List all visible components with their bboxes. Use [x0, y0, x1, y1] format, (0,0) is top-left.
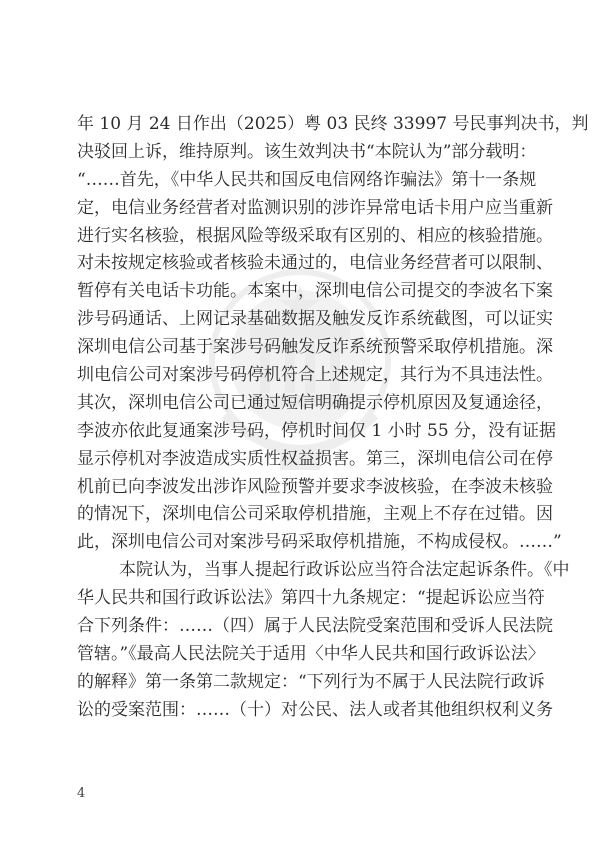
text-line: 的解释》第一条第二款规定：“下列行为不属于人民法院行政诉 [77, 669, 521, 697]
document-page: 年 10 月 24 日作出（2025）粤 03 民终 33997 号民事判决书，… [0, 0, 599, 848]
text-line: 对未按规定核验或者核验未通过的，电信业务经营者可以限制、 [77, 250, 521, 278]
text-line: 华人民共和国行政诉讼法》第四十九条规定：“提起诉讼应当符 [77, 585, 521, 613]
text-line: 的情况下，深圳电信公司采取停机措施，主观上不存在过错。因 [77, 501, 521, 529]
text-line: 显示停机对李波造成实质性权益损害。第三，深圳电信公司在停 [77, 446, 521, 474]
text-line: 深圳电信公司基于案涉号码触发反诈系统预警采取停机措施。深 [77, 334, 521, 362]
text-line: 暂停有关电话卡功能。本案中，深圳电信公司提交的李波名下案 [77, 278, 521, 306]
text-line: 讼的受案范围：……（十）对公民、法人或者其他组织权利义务 [77, 697, 521, 725]
text-line: 机前已向李波发出涉诈风险预警并要求李波核验，在李波未核验 [77, 474, 521, 502]
text-line: 进行实名核验，根据风险等级采取有区别的、相应的核验措施。 [77, 223, 521, 251]
text-line: 年 10 月 24 日作出（2025）粤 03 民终 33997 号民事判决书，… [77, 111, 521, 139]
text-line: 管辖。”《最高人民法院关于适用〈中华人民共和国行政诉讼法〉 [77, 641, 521, 669]
text-line: “……首先，《中华人民共和国反电信网络诈骗法》第十一条规 [77, 167, 521, 195]
text-line: 李波亦依此复通案涉号码，停机时间仅 1 小时 55 分，没有证据 [77, 418, 521, 446]
text-line: 其次，深圳电信公司已通过短信明确提示停机原因及复通途径， [77, 390, 521, 418]
text-line: 合下列条件：……（四）属于人民法院受案范围和受诉人民法院 [77, 613, 521, 641]
text-line: 涉号码通话、上网记录基础数据及触发反诈系统截图，可以证实 [77, 306, 521, 334]
text-line: 圳电信公司对案涉号码停机符合上述规定，其行为不具违法性。 [77, 362, 521, 390]
text-line: 此，深圳电信公司对案涉号码采取停机措施，不构成侵权。……” [77, 529, 521, 557]
paragraph-start-line: 本院认为，当事人提起行政诉讼应当符合法定起诉条件。《中 [77, 557, 521, 585]
text-line: 定，电信业务经营者对监测识别的涉诈异常电话卡用户应当重新 [77, 195, 521, 223]
text-line: 决驳回上诉，维持原判。该生效判决书“本院认为”部分载明： [77, 139, 521, 167]
page-number: 4 [77, 786, 85, 801]
body-text: 年 10 月 24 日作出（2025）粤 03 民终 33997 号民事判决书，… [77, 111, 521, 725]
